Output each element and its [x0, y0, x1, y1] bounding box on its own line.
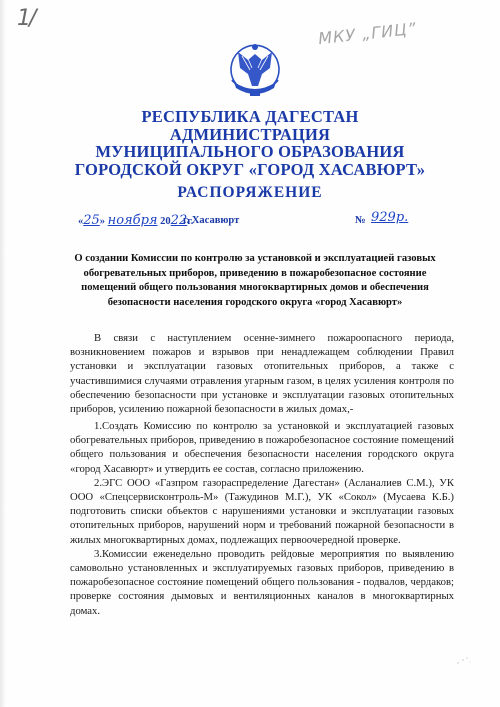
handwritten-page-mark: 1/ [17, 6, 34, 31]
handwritten-organization-note: МКУ „ГИЦ” [317, 19, 417, 48]
document-title: О создании Комиссии по контролю за устан… [70, 252, 440, 310]
document-page: 1/ МКУ „ГИЦ” РЕСПУБЛИКА ДАГЕСТАН АДМИНИС… [0, 0, 500, 707]
date-day: 25 [83, 213, 100, 228]
issuer-header: РЕСПУБЛИКА ДАГЕСТАН АДМИНИСТРАЦИЯ МУНИЦИ… [0, 108, 500, 178]
scan-specks [455, 655, 475, 667]
order-item-3: 3.Комиссии еженедельно проводить рейдовы… [70, 547, 454, 618]
preamble-text: В связи с наступлением осенне-зимнего по… [70, 331, 454, 416]
order-item-2: 2.ЭГС ООО «Газпром газораспределение Даг… [70, 476, 454, 547]
coat-of-arms-icon [226, 38, 284, 102]
header-line-administration: АДМИНИСТРАЦИЯ [0, 126, 500, 144]
document-type: РАСПОРЯЖЕНИЕ [0, 184, 500, 202]
number-label: № [355, 215, 366, 226]
date-number-row: «25» ноября 2022г. г. Хасавюрт № 929р. [78, 209, 418, 233]
document-city: г. Хасавюрт [183, 215, 239, 226]
document-date: «25» ноября 2022г. [78, 213, 193, 228]
order-item-1: 1.Создать Комиссию по контролю за устано… [70, 419, 454, 476]
header-line-republic: РЕСПУБЛИКА ДАГЕСТАН [0, 108, 500, 126]
year-prefix: 20 [160, 216, 171, 227]
order-items: 1.Создать Комиссию по контролю за устано… [70, 419, 454, 618]
preamble: В связи с наступлением осенне-зимнего по… [70, 331, 454, 416]
date-month: ноября [108, 213, 158, 228]
header-line-municipality: МУНИЦИПАЛЬНОГО ОБРАЗОВАНИЯ [0, 143, 500, 161]
scan-edge-shadow [0, 0, 6, 707]
header-line-city-district: ГОРОДСКОЙ ОКРУГ «ГОРОД ХАСАВЮРТ» [0, 161, 500, 179]
quote-close: » [100, 216, 105, 227]
document-number: 929р. [371, 210, 408, 225]
